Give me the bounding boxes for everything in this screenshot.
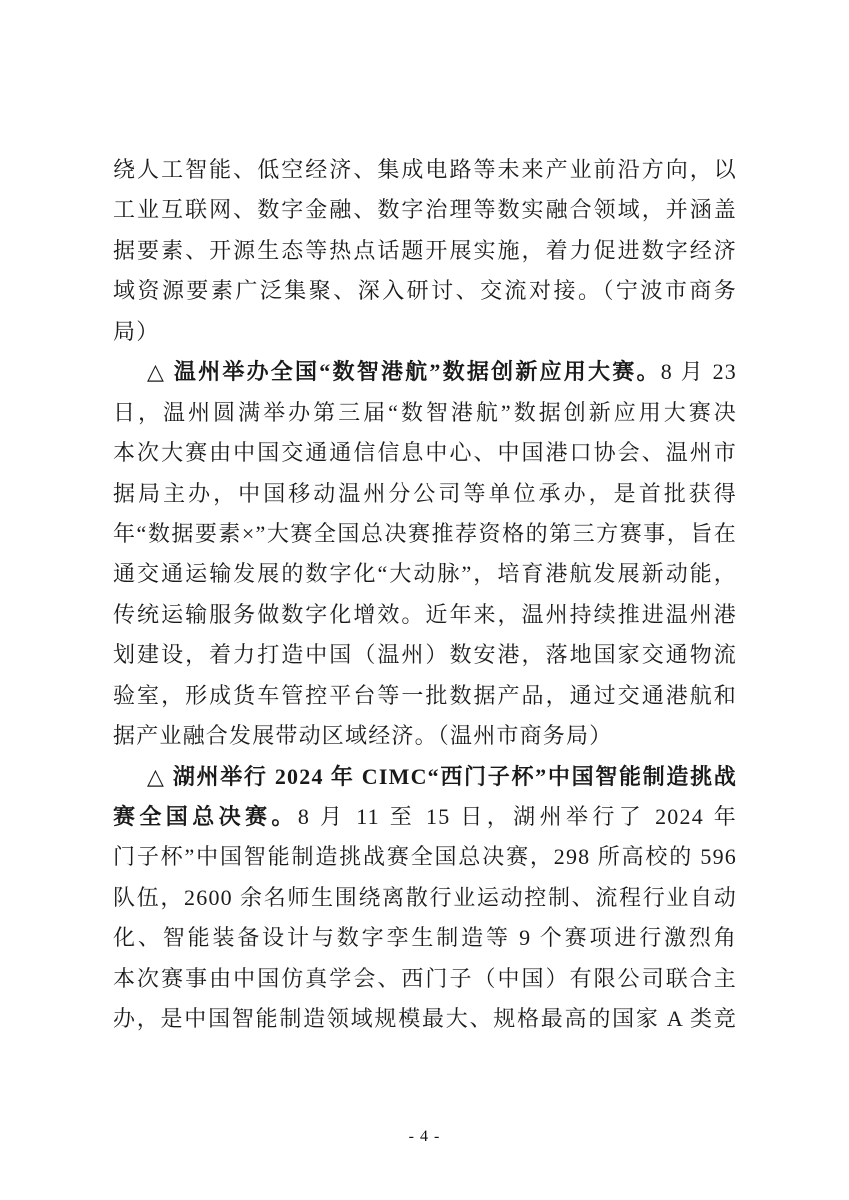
text-line: 域资源要素广泛集聚、深入研讨、交流对接。（宁波市商务 xyxy=(113,271,737,311)
text-line: 据要素、开源生态等热点话题开展实施，着力促进数字经济领 xyxy=(113,231,737,271)
text-run: 局） xyxy=(113,319,159,344)
text-run: 门子杯”中国智能制造挑战赛全国总决赛，298 所高校的 596 支 xyxy=(113,844,737,877)
text-run-bold: 赛全国总决赛。 xyxy=(113,804,298,829)
text-line: 本次大赛由中国交通通信信息中心、中国港口协会、温州市数 xyxy=(113,433,737,473)
text-run: 化、智能装备设计与数字孪生制造等 9 个赛项进行激烈角逐。 xyxy=(113,925,737,958)
text-line: 验室，形成货车管控平台等一批数据产品，通过交通港航和数 xyxy=(113,676,737,716)
text-run-bold: △ 湖州举行 2024 年 CIMC“西门子杯”中国智能制造挑战 xyxy=(147,764,737,789)
text-run: 据局主办，中国移动温州分公司等单位承办，是首批获得 2024 xyxy=(113,481,737,514)
text-run: 办，是中国智能制造领域规模最大、规格最高的国家 A 类竞 xyxy=(113,1006,737,1031)
text-run: 域资源要素广泛集聚、深入研讨、交流对接。（宁波市商务 xyxy=(113,278,737,303)
text-line: 工业互联网、数字金融、数字治理等数实融合领域，并涵盖数 xyxy=(113,190,737,230)
text-line: △ 温州举办全国“数智港航”数据创新应用大赛。8 月 23 xyxy=(113,352,737,392)
page-footer: - 4 - xyxy=(0,1128,849,1146)
text-line: 通交通运输发展的数字化“大动脉”，培育港航发展新动能，为 xyxy=(113,554,737,594)
text-line: △ 湖州举行 2024 年 CIMC“西门子杯”中国智能制造挑战 xyxy=(113,757,737,797)
text-run: 队伍，2600 余名师生围绕离散行业运动控制、流程行业自动 xyxy=(113,885,737,910)
text-run: 通交通运输发展的数字化“大动脉”，培育港航发展新动能，为 xyxy=(113,561,737,594)
text-line: 传统运输服务做数字化增效。近年来，温州持续推进温州港规 xyxy=(113,595,737,635)
text-line: 局） xyxy=(113,312,737,352)
text-run-bold: △ 温州举办全国“数智港航”数据创新应用大赛。 xyxy=(147,359,661,384)
text-run: 本次大赛由中国交通通信信息中心、中国港口协会、温州市数 xyxy=(113,440,737,473)
text-run: 年“数据要素×”大赛全国总决赛推荐资格的第三方赛事，旨在打 xyxy=(113,521,737,554)
text-run: 日，温州圆满举办第三届“数智港航”数据创新应用大赛决赛。 xyxy=(113,400,737,433)
text-line: 本次赛事由中国仿真学会、西门子（中国）有限公司联合主 xyxy=(113,959,737,999)
document-body: 绕人工智能、低空经济、集成电路等未来产业前沿方向，以及工业互联网、数字金融、数字… xyxy=(113,150,737,1040)
document-page: 绕人工智能、低空经济、集成电路等未来产业前沿方向，以及工业互联网、数字金融、数字… xyxy=(0,0,849,1200)
text-line: 办，是中国智能制造领域规模最大、规格最高的国家 A 类竞 xyxy=(113,999,737,1039)
text-line: 年“数据要素×”大赛全国总决赛推荐资格的第三方赛事，旨在打 xyxy=(113,514,737,554)
text-line: 据产业融合发展带动区域经济。（温州市商务局） xyxy=(113,716,737,756)
text-line: 化、智能装备设计与数字孪生制造等 9 个赛项进行激烈角逐。 xyxy=(113,918,737,958)
text-run: 绕人工智能、低空经济、集成电路等未来产业前沿方向，以及 xyxy=(113,157,737,190)
text-run: 本次赛事由中国仿真学会、西门子（中国）有限公司联合主 xyxy=(113,966,737,991)
text-run: 划建设，着力打造中国（温州）数安港，落地国家交通物流实 xyxy=(113,642,737,675)
text-run: 8 月 23 xyxy=(661,359,737,384)
text-line: 门子杯”中国智能制造挑战赛全国总决赛，298 所高校的 596 支 xyxy=(113,837,737,877)
text-line: 队伍，2600 余名师生围绕离散行业运动控制、流程行业自动 xyxy=(113,878,737,918)
text-run: 据要素、开源生态等热点话题开展实施，着力促进数字经济领 xyxy=(113,238,737,271)
text-run: 验室，形成货车管控平台等一批数据产品，通过交通港航和数 xyxy=(113,683,737,716)
text-line: 赛全国总决赛。8 月 11 至 15 日，湖州举行了 2024 年 CIMC“西 xyxy=(113,797,737,837)
text-line: 划建设，着力打造中国（温州）数安港，落地国家交通物流实 xyxy=(113,635,737,675)
text-line: 绕人工智能、低空经济、集成电路等未来产业前沿方向，以及 xyxy=(113,150,737,190)
text-line: 据局主办，中国移动温州分公司等单位承办，是首批获得 2024 xyxy=(113,474,737,514)
text-run: 据产业融合发展带动区域经济。（温州市商务局） xyxy=(113,723,612,748)
text-run: 工业互联网、数字金融、数字治理等数实融合领域，并涵盖数 xyxy=(113,197,737,230)
page-number: - 4 - xyxy=(409,1128,441,1145)
text-run: 传统运输服务做数字化增效。近年来，温州持续推进温州港规 xyxy=(113,602,737,635)
text-line: 日，温州圆满举办第三届“数智港航”数据创新应用大赛决赛。 xyxy=(113,393,737,433)
